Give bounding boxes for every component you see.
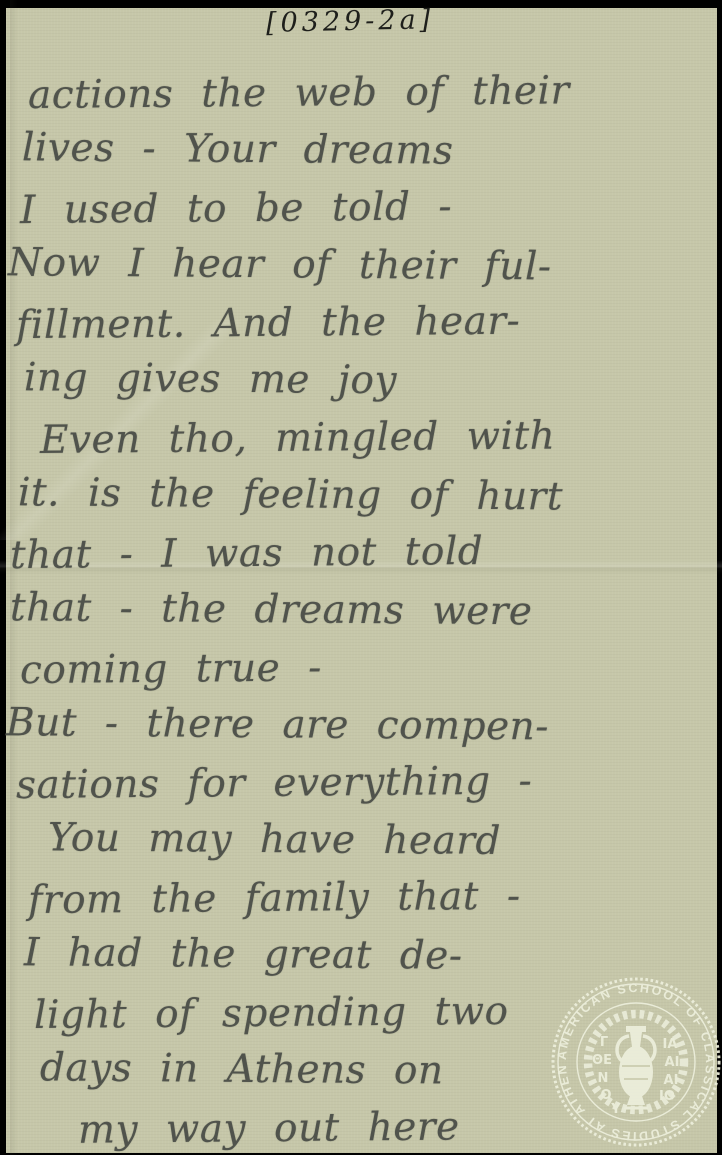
handwriting-line: fillment. And the hear- — [16, 291, 722, 355]
handwriting-line: from the family that - — [28, 866, 722, 930]
handwriting-line: days in Athens on — [40, 1039, 722, 1102]
handwriting-line: But - there are compen- — [6, 694, 722, 757]
handwriting-line: ing gives me joy — [24, 349, 722, 412]
handwriting-line: it. is the feeling of hurt — [18, 464, 722, 527]
handwriting-line: coming true - — [20, 636, 722, 700]
handwriting-line: lives - Your dreams — [22, 119, 722, 182]
handwriting-line: my way out here — [78, 1096, 722, 1155]
handwriting-line: that - I was not told — [10, 521, 722, 585]
handwriting-line: Even tho, mingled with — [40, 406, 722, 469]
handwriting-line: You may have heard — [48, 809, 722, 872]
handwriting-line: I had the great de- — [24, 924, 722, 987]
handwritten-text-block: actions the web of their lives - Your dr… — [0, 64, 722, 1155]
handwriting-line: light of spending two — [34, 981, 722, 1045]
handwriting-line: I used to be told - — [20, 176, 722, 240]
handwriting-line: that - the dreams were — [10, 579, 722, 642]
archive-catalog-label: [0329-2a] — [266, 4, 435, 39]
handwriting-line: Now I hear of their ful- — [8, 234, 722, 297]
handwriting-line: sations for everything - — [16, 751, 722, 815]
scanned-letter-page: AMERICAN SCHOOL OF CLASSICAL STUDIES AT … — [0, 0, 722, 1155]
handwriting-line: actions the web of their — [28, 61, 722, 125]
